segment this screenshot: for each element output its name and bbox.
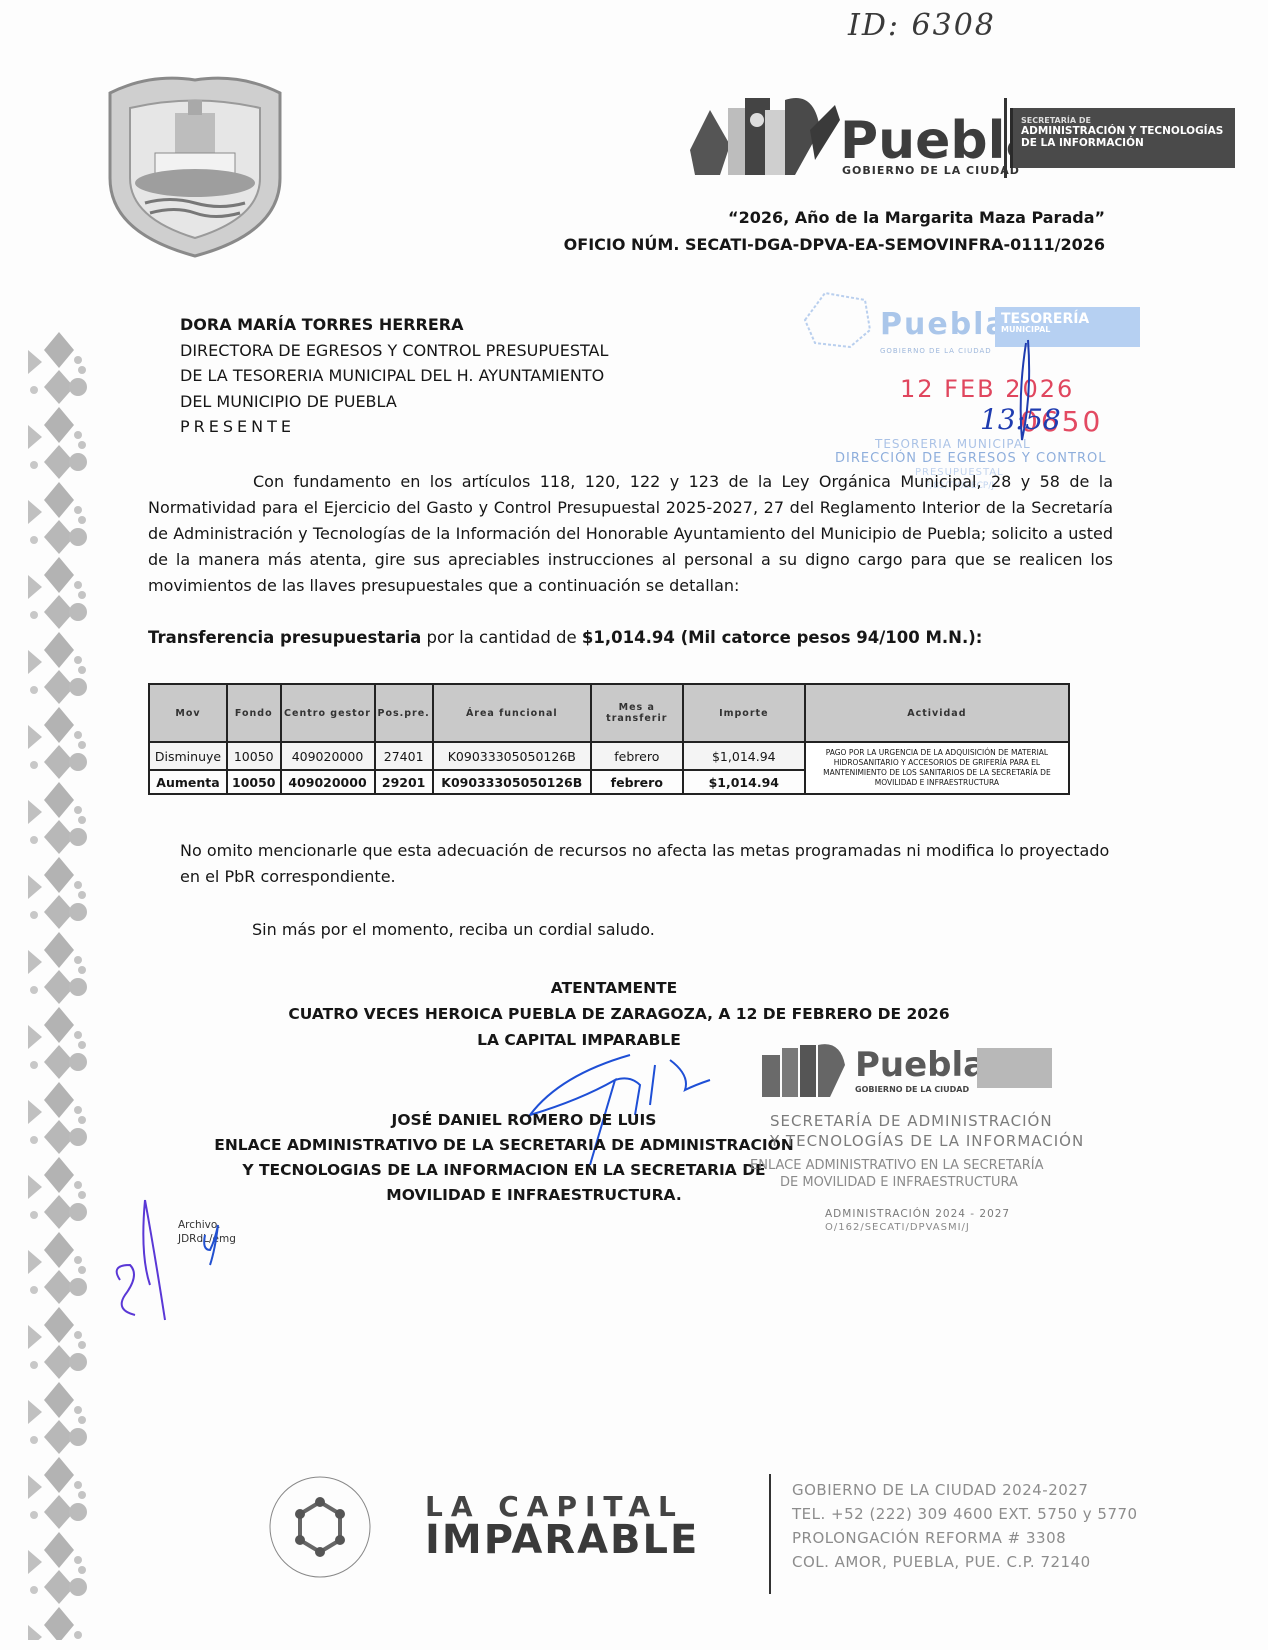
la-capital-imparable-logo: LA CAPITAL IMPARABLE: [425, 1490, 699, 1563]
equality-seal-icon: [265, 1472, 375, 1582]
presente-label: PRESENTE: [180, 414, 608, 440]
actividad-cell: PAGO POR LA URGENCIA DE LA ADQUISICIÓN D…: [805, 742, 1069, 794]
body-paragraph-2: No omito mencionarle que esta adecuación…: [180, 838, 1120, 890]
year-motto: “2026, Año de la Margarita Maza Parada”: [0, 208, 1105, 227]
stamp-date: 12 FEB 2026: [900, 375, 1074, 403]
svg-text:GOBIERNO DE LA CIUDAD: GOBIERNO DE LA CIUDAD: [842, 164, 1020, 177]
body-paragraph-3: Sin más por el momento, reciba un cordia…: [252, 920, 655, 939]
secretaria-badge: SECRETARÍA DE ADMINISTRACIÓN Y TECNOLOGÍ…: [1010, 108, 1235, 168]
table-header-row: Mov Fondo Centro gestor Pos.pre. Área fu…: [149, 684, 1069, 742]
city-crest-icon: [100, 68, 290, 258]
budget-transfer-table: Mov Fondo Centro gestor Pos.pre. Área fu…: [148, 683, 1070, 795]
transfer-summary: Transferencia presupuestaria por la cant…: [148, 628, 982, 647]
secretaria-stamp: Puebla GOBIERNO DE LA CIUDAD SECRETARÍA …: [760, 1040, 1120, 1240]
body-paragraph-1: Con fundamento en los artículos 118, 120…: [148, 469, 1113, 599]
addressee-title-2: DE LA TESORERIA MUNICIPAL DEL H. AYUNTAM…: [180, 363, 608, 389]
addressee-name: DORA MARÍA TORRES HERRERA: [180, 312, 608, 338]
handwritten-initials-icon: [110, 1195, 240, 1325]
table-row: Disminuye 10050 409020000 27401 K0903330…: [149, 742, 1069, 770]
stamp-emblem-icon: [795, 285, 875, 355]
addressee-title-3: DEL MUNICIPIO DE PUEBLA: [180, 389, 608, 415]
handwritten-id: ID: 6308: [848, 8, 996, 43]
addressee-title-1: DIRECTORA DE EGRESOS Y CONTROL PRESUPUES…: [180, 338, 608, 364]
stamp-logo-icon: [760, 1040, 855, 1100]
footer-contact-info: GOBIERNO DE LA CIUDAD 2024-2027 TEL. +52…: [792, 1478, 1138, 1574]
initial-signature-icon: [1010, 335, 1040, 445]
addressee-block: DORA MARÍA TORRES HERRERA DIRECTORA DE E…: [180, 312, 608, 440]
reception-stamp: Puebla TESORERÍA MUNICIPAL GOBIERNO DE L…: [795, 285, 1140, 485]
footer-divider: [769, 1474, 771, 1594]
oficio-number: OFICIO NÚM. SECATI-DGA-DPVA-EA-SEMOVINFR…: [0, 235, 1105, 254]
